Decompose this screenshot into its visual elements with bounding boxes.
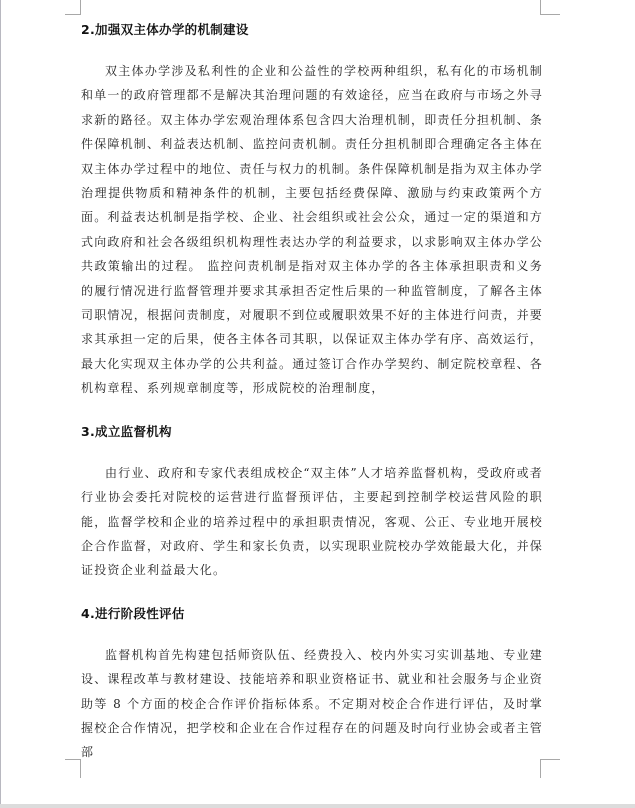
corner-mark-bottom-left	[65, 759, 81, 778]
section-heading-2: 2.加强双主体办学的机制建设	[81, 19, 543, 41]
section-paragraph-3: 由行业、政府和专家代表组成校企“双主体”人才培养监督机构，受政府或者行业协会委托…	[81, 461, 543, 583]
corner-mark-top-left	[65, 0, 81, 15]
document-page: 2.加强双主体办学的机制建设 双主体办学涉及私利性的企业和公益性的学校两种组织，…	[0, 0, 635, 804]
corner-mark-bottom-right	[540, 759, 560, 778]
corner-mark-top-right	[540, 0, 560, 15]
section-paragraph-4: 监督机构首先构建包括师资队伍、经费投入、校内外实习实训基地、专业建设、课程改革与…	[81, 643, 543, 765]
document-body[interactable]: 2.加强双主体办学的机制建设 双主体办学涉及私利性的企业和公益性的学校两种组织，…	[81, 19, 543, 765]
section-heading-3: 3.成立监督机构	[81, 421, 543, 443]
section-paragraph-2: 双主体办学涉及私利性的企业和公益性的学校两种组织，私有化的市场机制和单一的政府管…	[81, 59, 543, 401]
section-heading-4: 4.进行阶段性评估	[81, 603, 543, 625]
